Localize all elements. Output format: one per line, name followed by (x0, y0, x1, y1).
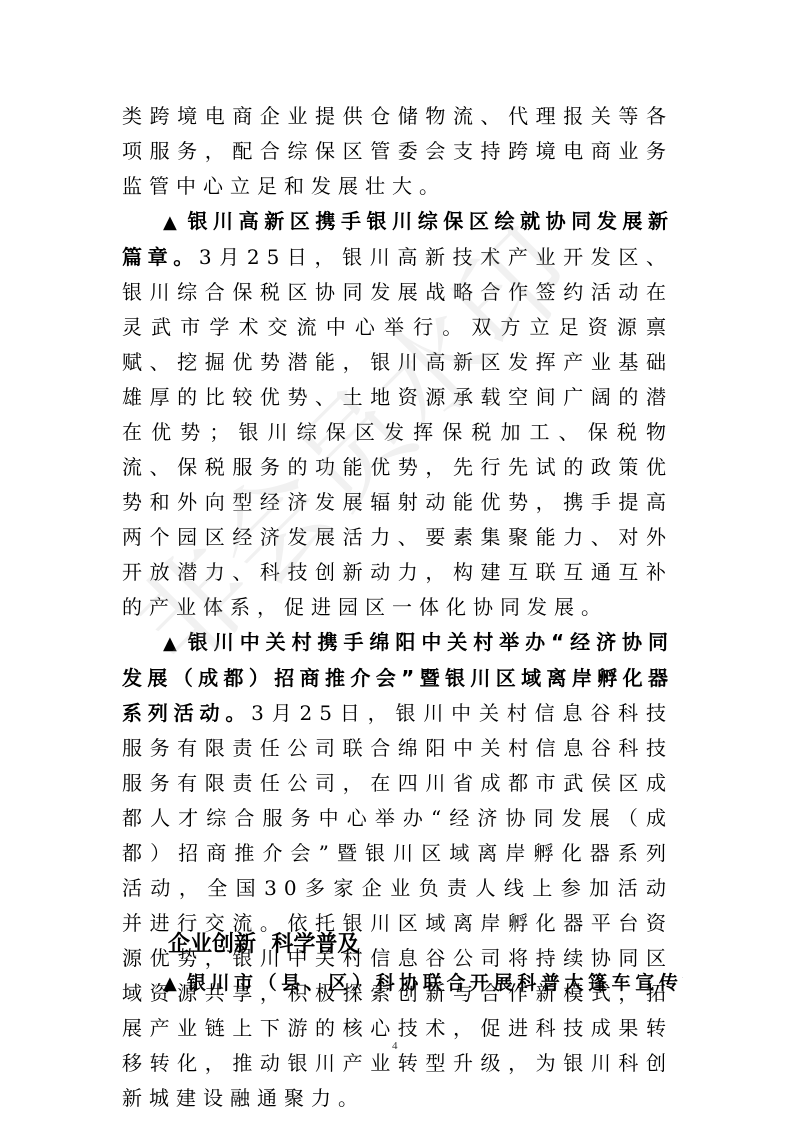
document-page: 类跨境电商企业提供仓储物流、代理报关等各项服务，配合综保区管委会支持跨境电商业务… (0, 0, 794, 1123)
paragraph-continuation: 类跨境电商企业提供仓储物流、代理报关等各项服务，配合综保区管委会支持跨境电商业务… (122, 99, 673, 204)
news-item-headline: ▲银川市（县、区）科协联合开展科普大篷车宣传活 (163, 965, 683, 1002)
paragraph-news-item: ▲银川高新区携手银川综保区绘就协同发展新篇章。3月25日，银川高新技术产业开发区… (122, 204, 673, 625)
headline-text: 银川市（县、区）科协联合开展科普大篷车宣传活 (187, 972, 683, 994)
triangle-bullet-icon: ▲ (163, 212, 177, 233)
triangle-bullet-icon: ▲ (163, 633, 178, 654)
section-heading: 企业创新 科学普及 (168, 927, 359, 963)
body-text: 类跨境电商企业提供仓储物流、代理报关等各项服务，配合综保区管委会支持跨境电商业务… (122, 99, 673, 1116)
triangle-bullet-icon: ▲ (163, 973, 177, 994)
paragraph-text: 3月25日，银川高新技术产业开发区、银川综合保税区协同发展战略合作签约活动在灵武… (122, 245, 673, 619)
paragraph-text: 类跨境电商企业提供仓储物流、代理报关等各项服务，配合综保区管委会支持跨境电商业务… (122, 104, 673, 198)
page-number: 4 (392, 1040, 398, 1052)
